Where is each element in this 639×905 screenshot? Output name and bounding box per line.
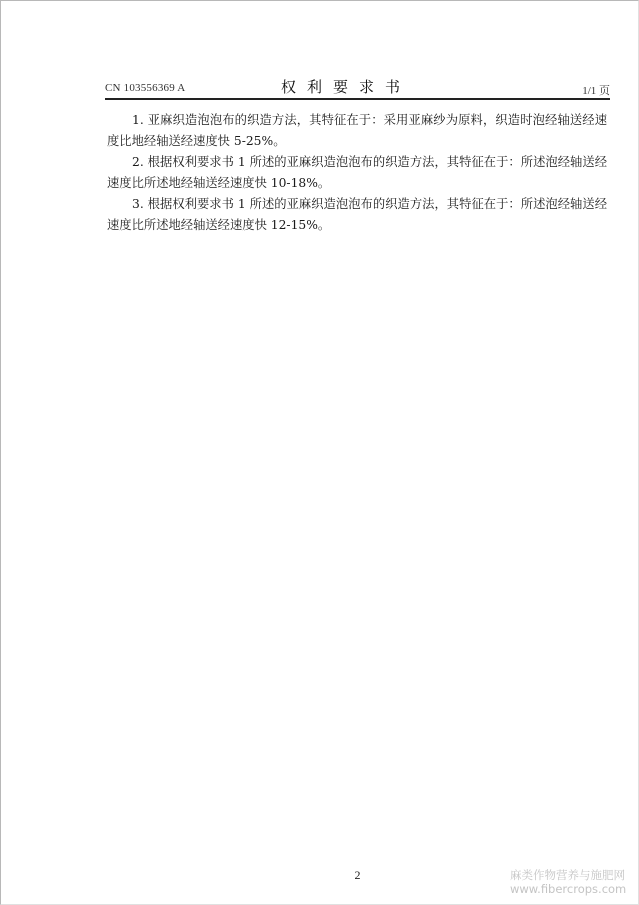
claim-1: 1. 亚麻织造泡泡布的织造方法，其特征在于：采用亚麻纱为原料，织造时泡经轴送经速… (107, 110, 607, 152)
document-title: 权利要求书 (281, 76, 411, 97)
watermark-url: www.fibercrops.com (510, 882, 635, 896)
page-count: 1/1 页 (582, 82, 610, 98)
header-divider (105, 98, 610, 100)
claim-3: 3. 根据权利要求书 1 所述的亚麻织造泡泡布的织造方法，其特征在于：所述泡经轴… (107, 194, 607, 236)
watermark: 麻类作物营养与施肥网 www.fibercrops.com (510, 868, 635, 896)
claim-2: 2. 根据权利要求书 1 所述的亚麻织造泡泡布的织造方法，其特征在于：所述泡经轴… (107, 152, 607, 194)
watermark-site-name: 麻类作物营养与施肥网 (510, 868, 635, 882)
claims-list: 1. 亚麻织造泡泡布的织造方法，其特征在于：采用亚麻纱为原料，织造时泡经轴送经速… (107, 110, 607, 236)
publication-number: CN 103556369 A (105, 82, 185, 94)
document-header: CN 103556369 A 权利要求书 1/1 页 (105, 76, 610, 98)
